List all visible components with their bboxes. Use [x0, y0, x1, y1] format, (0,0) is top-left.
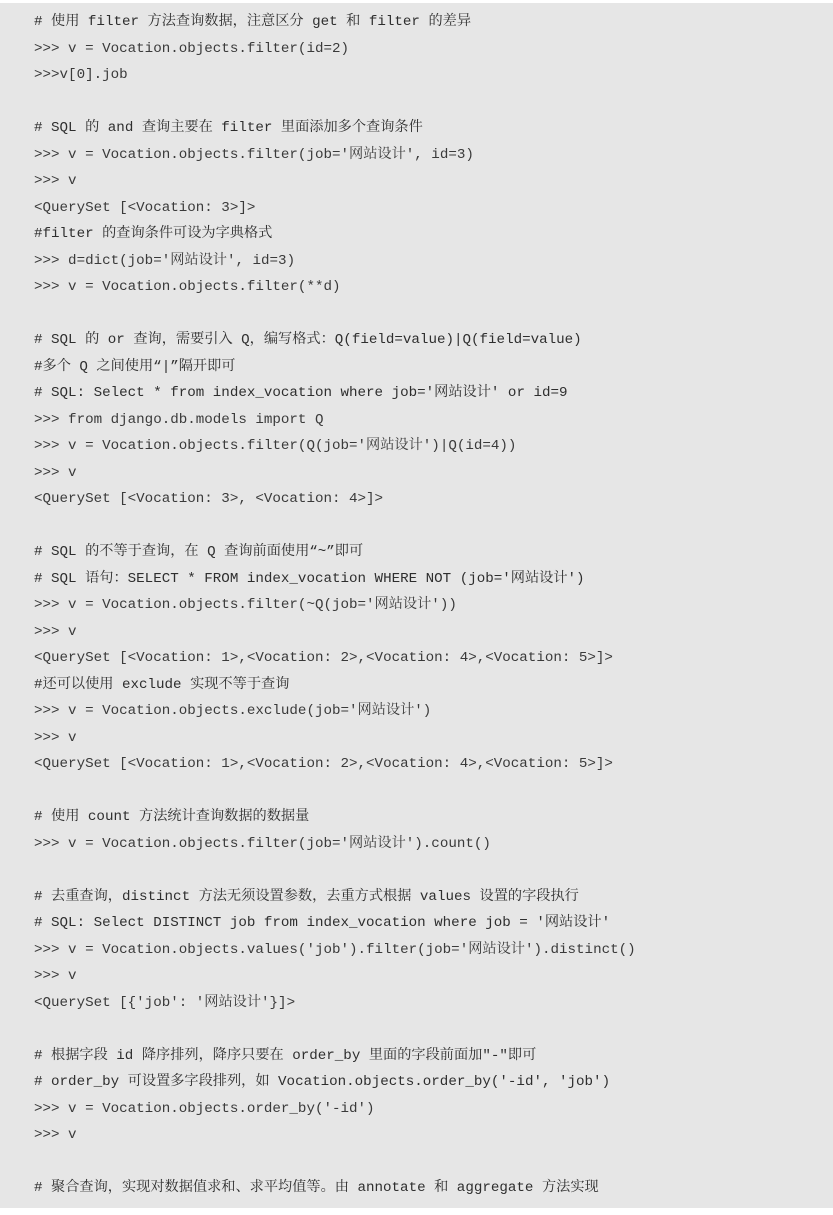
code-line-12: [34, 301, 833, 328]
code-line-8: <QuerySet [<Vocation: 3>]>: [34, 195, 833, 222]
code-line-18: >>> v: [34, 460, 833, 487]
code-line-31: # 使用 count 方法统计查询数据的数据量: [34, 804, 833, 831]
code-line-37: >>> v: [34, 963, 833, 990]
code-line-32: >>> v = Vocation.objects.filter(job='网站设…: [34, 831, 833, 858]
code-line-40: # 根据字段 id 降序排列，降序只要在 order_by 里面的字段前面加"-…: [34, 1043, 833, 1070]
code-line-4: [34, 89, 833, 116]
code-line-35: # SQL: Select DISTINCT job from index_vo…: [34, 910, 833, 937]
code-line-38: <QuerySet [{'job': '网站设计'}]>: [34, 990, 833, 1017]
code-line-15: # SQL: Select * from index_vocation wher…: [34, 380, 833, 407]
code-line-7: >>> v: [34, 168, 833, 195]
code-line-34: # 去重查询，distinct 方法无须设置参数，去重方式根据 values 设…: [34, 884, 833, 911]
code-line-2: >>> v = Vocation.objects.filter(id=2): [34, 36, 833, 63]
code-line-44: [34, 1149, 833, 1176]
code-line-45: # 聚合查询，实现对数据值求和、求平均值等。由 annotate 和 aggre…: [34, 1175, 833, 1202]
code-line-43: >>> v: [34, 1122, 833, 1149]
code-line-1: # 使用 filter 方法查询数据，注意区分 get 和 filter 的差异: [34, 9, 833, 36]
code-line-6: >>> v = Vocation.objects.filter(job='网站设…: [34, 142, 833, 169]
code-line-10: >>> d=dict(job='网站设计', id=3): [34, 248, 833, 275]
code-line-27: >>> v = Vocation.objects.exclude(job='网站…: [34, 698, 833, 725]
code-line-36: >>> v = Vocation.objects.values('job').f…: [34, 937, 833, 964]
code-line-25: <QuerySet [<Vocation: 1>,<Vocation: 2>,<…: [34, 645, 833, 672]
code-line-5: # SQL 的 and 查询主要在 filter 里面添加多个查询条件: [34, 115, 833, 142]
code-line-28: >>> v: [34, 725, 833, 752]
code-line-13: # SQL 的 or 查询，需要引入 Q，编写格式：Q(field=value)…: [34, 327, 833, 354]
code-line-39: [34, 1016, 833, 1043]
code-line-20: [34, 513, 833, 540]
code-line-30: [34, 778, 833, 805]
code-line-24: >>> v: [34, 619, 833, 646]
code-line-29: <QuerySet [<Vocation: 1>,<Vocation: 2>,<…: [34, 751, 833, 778]
code-line-22: # SQL 语句：SELECT * FROM index_vocation WH…: [34, 566, 833, 593]
code-line-11: >>> v = Vocation.objects.filter(**d): [34, 274, 833, 301]
code-line-21: # SQL 的不等于查询，在 Q 查询前面使用“~”即可: [34, 539, 833, 566]
code-line-19: <QuerySet [<Vocation: 3>, <Vocation: 4>]…: [34, 486, 833, 513]
code-line-26: #还可以使用 exclude 实现不等于查询: [34, 672, 833, 699]
code-line-3: >>>v[0].job: [34, 62, 833, 89]
code-line-41: # order_by 可设置多字段排列，如 Vocation.objects.o…: [34, 1069, 833, 1096]
code-line-9: #filter 的查询条件可设为字典格式: [34, 221, 833, 248]
code-block: # 使用 filter 方法查询数据，注意区分 get 和 filter 的差异…: [0, 3, 833, 1208]
code-line-33: [34, 857, 833, 884]
code-line-42: >>> v = Vocation.objects.order_by('-id'): [34, 1096, 833, 1123]
code-line-23: >>> v = Vocation.objects.filter(~Q(job='…: [34, 592, 833, 619]
code-line-14: #多个 Q 之间使用“|”隔开即可: [34, 354, 833, 381]
code-line-16: >>> from django.db.models import Q: [34, 407, 833, 434]
code-line-17: >>> v = Vocation.objects.filter(Q(job='网…: [34, 433, 833, 460]
